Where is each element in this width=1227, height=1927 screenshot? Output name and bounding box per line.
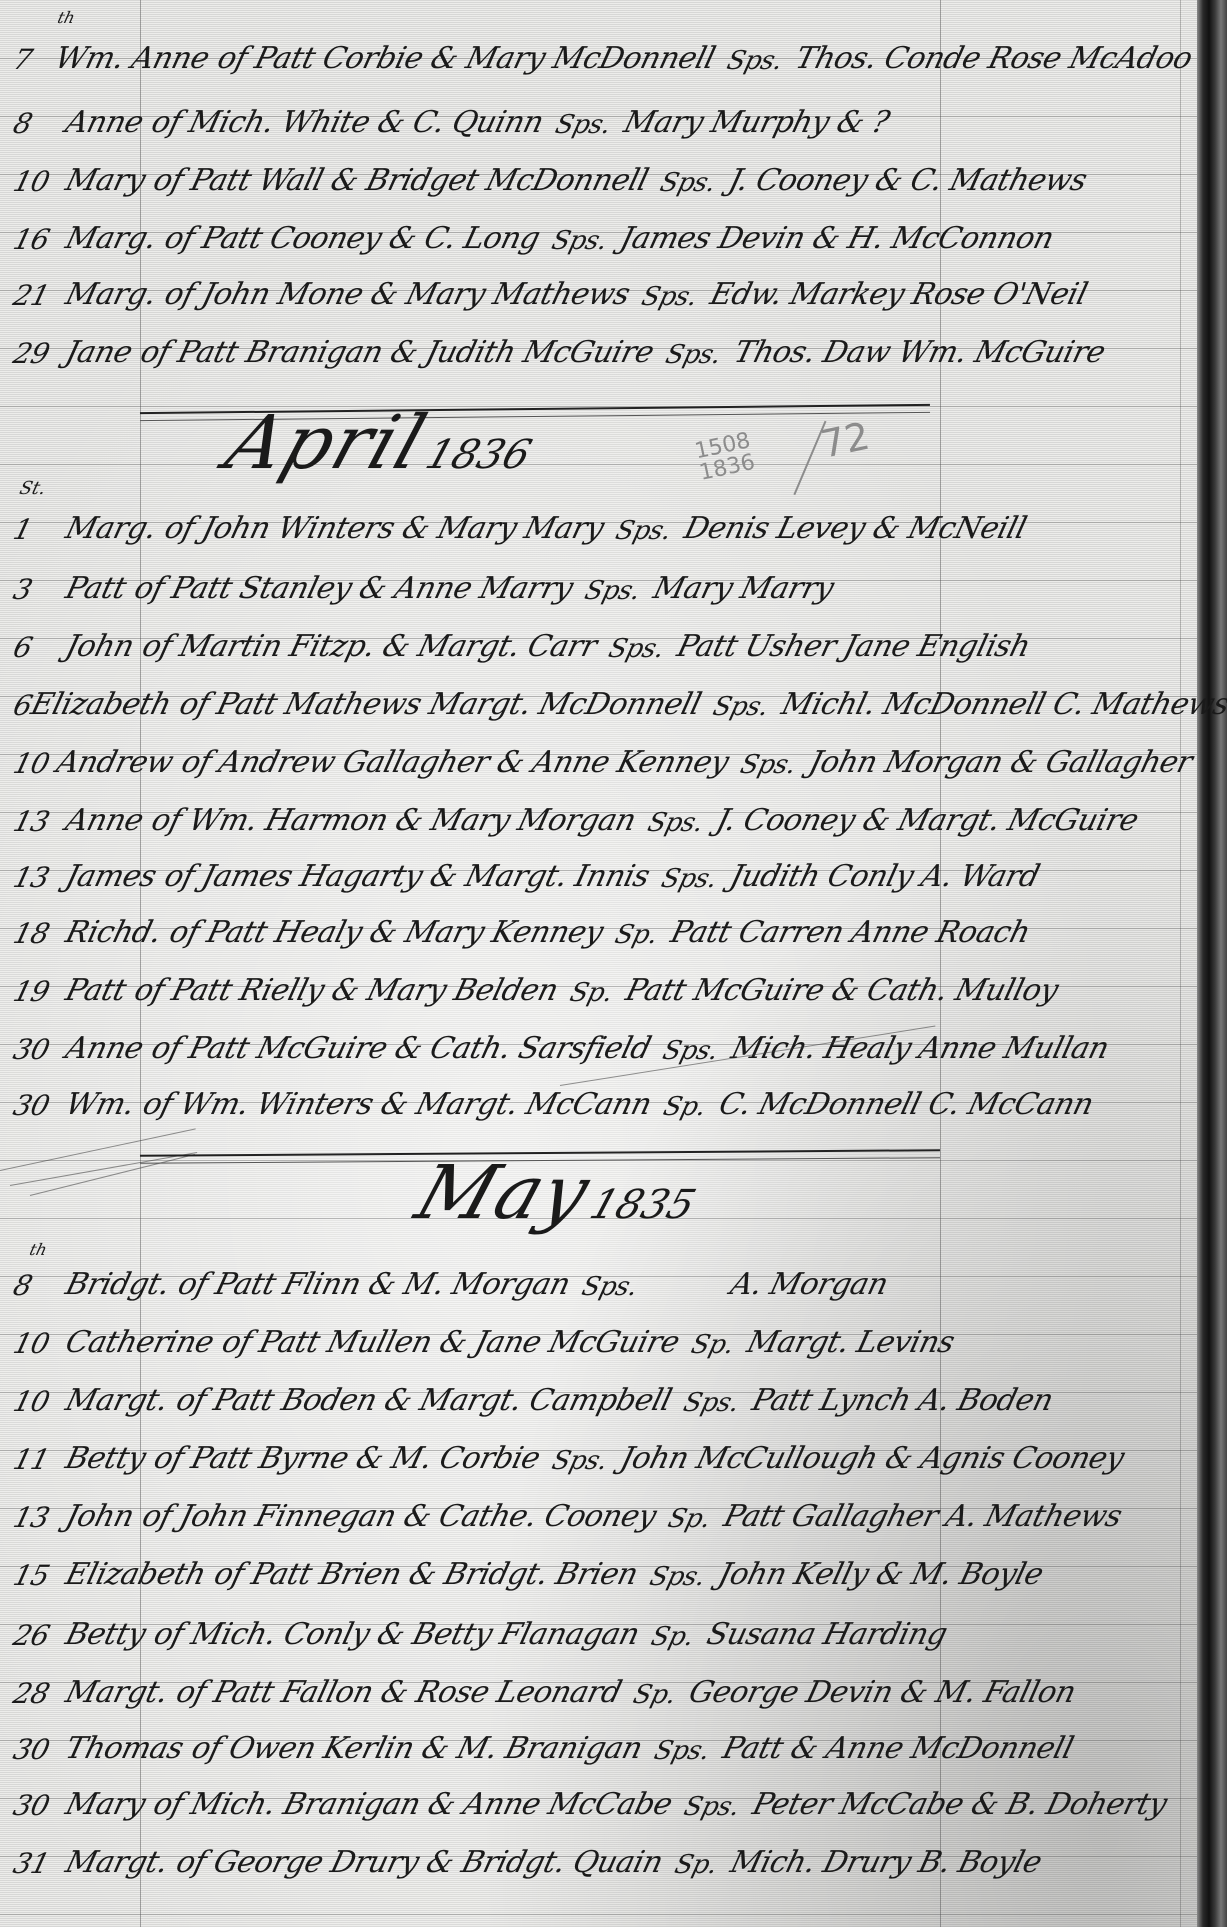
entry-sponsors: Thos. Daw Wm. McGuire <box>731 335 1109 370</box>
pencil-scribble <box>0 1128 196 1171</box>
entry-sponsors-label: Sps. <box>724 46 786 76</box>
month-year: 1835 <box>584 1182 701 1228</box>
register-entry: 10 Catherine of Patt Mullen & Jane McGui… <box>10 1294 1203 1360</box>
register-entry: 10 Margt. of Patt Boden & Margt. Campbel… <box>10 1352 1203 1418</box>
register-entry: 11 Betty of Patt Byrne & M. Corbie Sps. … <box>10 1410 1203 1476</box>
entry-sponsors-label: Sp. <box>660 1092 709 1122</box>
entry-child-name: Wm. Anne <box>52 41 213 76</box>
entry-child-name: Jane <box>62 335 136 370</box>
month-heading-may: May1835 <box>406 1150 711 1236</box>
register-entry: 10 Andrew of Andrew Gallagher & Anne Ken… <box>10 714 1203 780</box>
register-entry: 19 Patt of Patt Rielly & Mary Belden Sp.… <box>10 942 1203 1008</box>
register-entry: 21 Marg. of John Mone & Mary Mathews Sps… <box>10 246 1203 312</box>
entry-sponsors: Mich. Drury B. Boyle <box>727 1845 1045 1880</box>
register-entry: 13 John of John Finnegan & Cathe. Cooney… <box>10 1468 1203 1534</box>
register-entry: 31 Margt. of George Drury & Bridgt. Quai… <box>10 1814 1203 1880</box>
book-binding-edge <box>1197 0 1227 1927</box>
month-heading-april: April1836 <box>216 400 547 486</box>
register-entry: 30 Wm. of Wm. Winters & Margt. McCann Sp… <box>10 1056 1203 1122</box>
entry-sponsors: Thos. Conde Rose McAdoo <box>792 41 1196 76</box>
pencil-reference-number: 1508 1836 <box>693 429 761 485</box>
register-entry: 8 Anne of Mich. White & C. Quinn Sps. Ma… <box>10 74 1203 140</box>
month-year: 1836 <box>420 432 537 478</box>
register-entry: 29 Jane of Patt Branigan & Judith McGuir… <box>10 304 1203 370</box>
register-entry: 6 Elizabeth of Patt Mathews Margt. McDon… <box>10 656 1203 722</box>
month-name: April <box>216 400 437 486</box>
register-entry: 8 Bridgt. of Patt Flinn & M. Morgan Sps.… <box>10 1236 1203 1302</box>
register-entry: 3 Patt of Patt Stanley & Anne Marry Sps.… <box>10 540 1203 606</box>
register-entry: 18 Richd. of Patt Healy & Mary Kenney Sp… <box>10 884 1203 950</box>
entry-child-name: Margt. <box>62 1845 171 1880</box>
entry-sponsors: C. McDonnell C. McCann <box>715 1087 1096 1122</box>
register-entry: 6 John of Martin Fitzp. & Margt. Carr Sp… <box>10 598 1203 664</box>
register-entry: 26 Betty of Mich. Conly & Betty Flanagan… <box>10 1586 1203 1652</box>
register-entry: 30 Mary of Mich. Branigan & Anne McCabe … <box>10 1756 1203 1822</box>
register-entry: 1 Marg. of John Winters & Mary Mary Sps.… <box>10 480 1203 546</box>
ruled-line <box>0 464 1197 465</box>
register-page: th 7 Wm. Anne of Patt Corbie & Mary McDo… <box>0 0 1227 1927</box>
entry-day: 29 <box>10 337 70 370</box>
register-entry: 10 Mary of Patt Wall & Bridget McDonnell… <box>10 132 1203 198</box>
pencil-folio-number: 72 <box>817 414 873 467</box>
entry-day: 30 <box>10 1089 70 1122</box>
entry-sponsors-label: Sps. <box>663 340 725 370</box>
entry-parents: of Patt Branigan & Judith McGuire <box>137 335 657 370</box>
entry-parents: of Patt Corbie & Mary McDonnell <box>214 41 719 76</box>
entry-child-name: Wm. <box>62 1087 138 1122</box>
entry-sponsors-label: Sp. <box>672 1850 721 1880</box>
entry-parents: of Wm. Winters & Margt. McCann <box>139 1087 655 1122</box>
entry-day: 31 <box>10 1847 70 1880</box>
ruled-line <box>0 1914 1197 1915</box>
register-entry: 7 Wm. Anne of Patt Corbie & Mary McDonne… <box>10 10 1203 76</box>
entry-parents: of George Drury & Bridgt. Quain <box>173 1845 667 1880</box>
register-entry: 15 Elizabeth of Patt Brien & Bridgt. Bri… <box>10 1526 1203 1592</box>
month-name: May <box>406 1150 602 1236</box>
